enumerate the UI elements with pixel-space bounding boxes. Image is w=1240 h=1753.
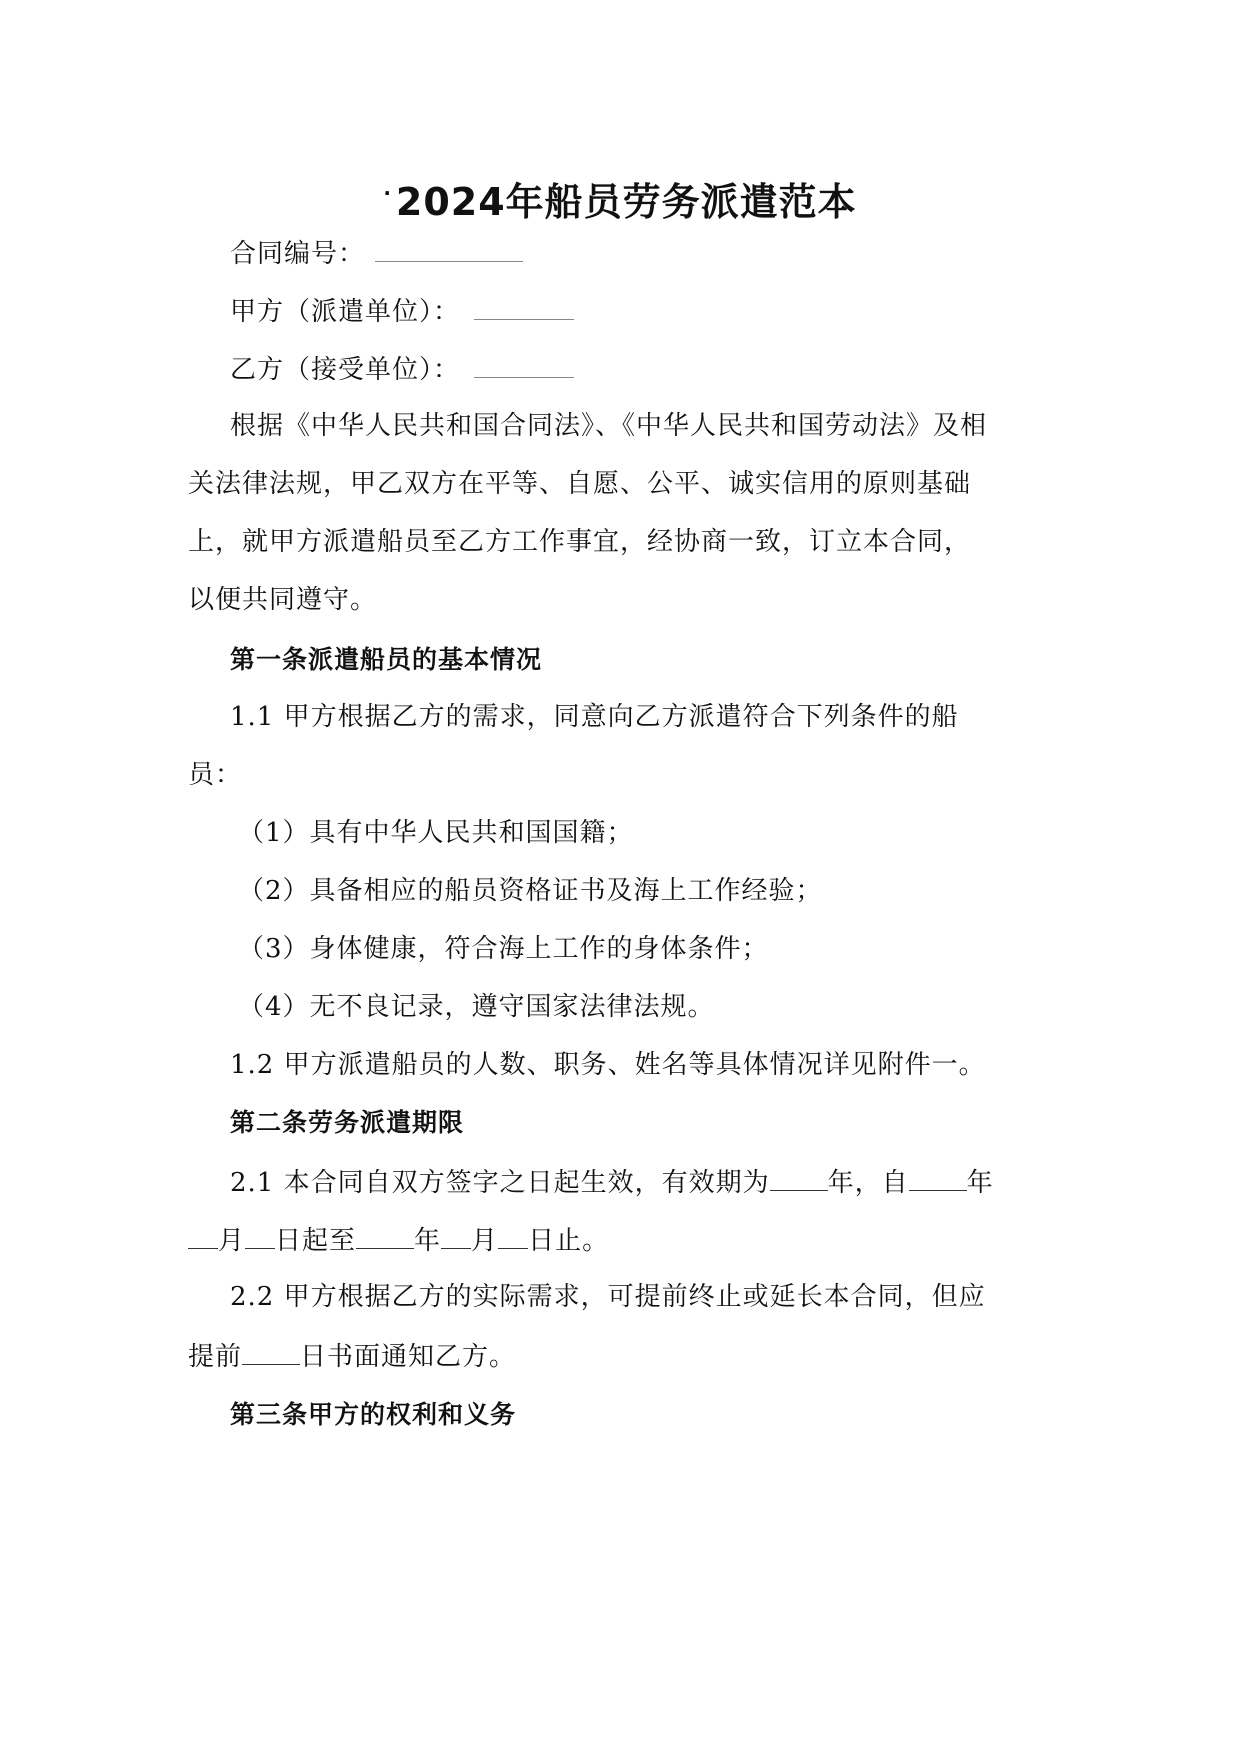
- validity-years-blank[interactable]: [770, 1164, 828, 1191]
- article-2-heading: 第二条劳务派遣期限: [230, 1106, 464, 1140]
- end-month-blank[interactable]: [441, 1222, 471, 1249]
- article-3-heading: 第三条甲方的权利和义务: [230, 1398, 516, 1432]
- party-a-field: 甲方（派遣单位）：: [230, 293, 574, 329]
- condition-1: （1）具有中华人民共和国国籍；: [238, 816, 634, 850]
- end-day-label: 日止。: [528, 1226, 609, 1256]
- party-b-label: 乙方（接受单位）：: [230, 355, 460, 385]
- preamble-line-2: 关法律法规，甲乙双方在平等、自愿、公平、诚实信用的原则基础: [188, 467, 971, 501]
- day-from-label: 日起至: [275, 1226, 356, 1256]
- start-month-blank[interactable]: [188, 1222, 218, 1249]
- start-day-blank[interactable]: [245, 1222, 275, 1249]
- clause-2-2-line-1: 2.2 甲方根据乙方的实际需求，可提前终止或延长本合同，但应: [230, 1280, 986, 1314]
- notice-days-blank[interactable]: [242, 1338, 300, 1365]
- clause-1-1-line-1: 1.1 甲方根据乙方的需求，同意向乙方派遣符合下列条件的船: [230, 700, 959, 734]
- party-b-blank[interactable]: [474, 351, 574, 378]
- end-month-label: 月: [471, 1226, 498, 1256]
- clause-2-1-line-2: 月日起至年月日止。: [188, 1222, 609, 1258]
- document-page: ·2024年船员劳务派遣范本 合同编号： 甲方（派遣单位）： 乙方（接受单位）：…: [0, 0, 1240, 1753]
- preamble-line-3: 上，就甲方派遣船员至乙方工作事宜，经协商一致，订立本合同，: [188, 525, 971, 559]
- party-a-blank[interactable]: [474, 293, 574, 320]
- clause-2-1-line-1: 2.1 本合同自双方签字之日起生效，有效期为年，自年: [230, 1164, 994, 1200]
- clause-1-2: 1.2 甲方派遣船员的人数、职务、姓名等具体情况详见附件一。: [230, 1048, 986, 1082]
- contract-number-field: 合同编号：: [230, 235, 523, 271]
- clause-2-1-text-a: 2.1 本合同自双方签字之日起生效，有效期为: [230, 1168, 770, 1198]
- party-a-label: 甲方（派遣单位）：: [230, 297, 460, 327]
- clause-2-2-text-b: 日书面通知乙方。: [300, 1342, 516, 1372]
- end-day-blank[interactable]: [498, 1222, 528, 1249]
- contract-number-label: 合同编号：: [230, 239, 365, 269]
- preamble-line-4: 以便共同遵守。: [188, 583, 377, 617]
- start-year-blank[interactable]: [909, 1164, 967, 1191]
- clause-2-2-line-2: 提前日书面通知乙方。: [188, 1338, 516, 1374]
- title-mark: ·: [383, 178, 392, 208]
- condition-2: （2）具备相应的船员资格证书及海上工作经验；: [238, 874, 823, 908]
- end-year-blank[interactable]: [356, 1222, 414, 1249]
- condition-4: （4）无不良记录，遵守国家法律法规。: [238, 990, 715, 1024]
- clause-2-1-text-c: 年: [967, 1168, 994, 1198]
- article-1-heading: 第一条派遣船员的基本情况: [230, 643, 542, 677]
- clause-1-1-line-2: 员：: [188, 758, 242, 792]
- clause-2-1-text-b: 年，自: [828, 1168, 909, 1198]
- condition-3: （3）身体健康，符合海上工作的身体条件；: [238, 932, 769, 966]
- end-year-label: 年: [414, 1226, 441, 1256]
- document-title: ·2024年船员劳务派遣范本: [0, 178, 1240, 226]
- party-b-field: 乙方（接受单位）：: [230, 351, 574, 387]
- preamble-line-1: 根据《中华人民共和国合同法》、《中华人民共和国劳动法》及相: [230, 409, 987, 443]
- title-text: 2024年船员劳务派遣范本: [396, 180, 857, 224]
- clause-2-2-text-a: 提前: [188, 1342, 242, 1372]
- month-label: 月: [218, 1226, 245, 1256]
- contract-number-blank[interactable]: [375, 235, 523, 262]
